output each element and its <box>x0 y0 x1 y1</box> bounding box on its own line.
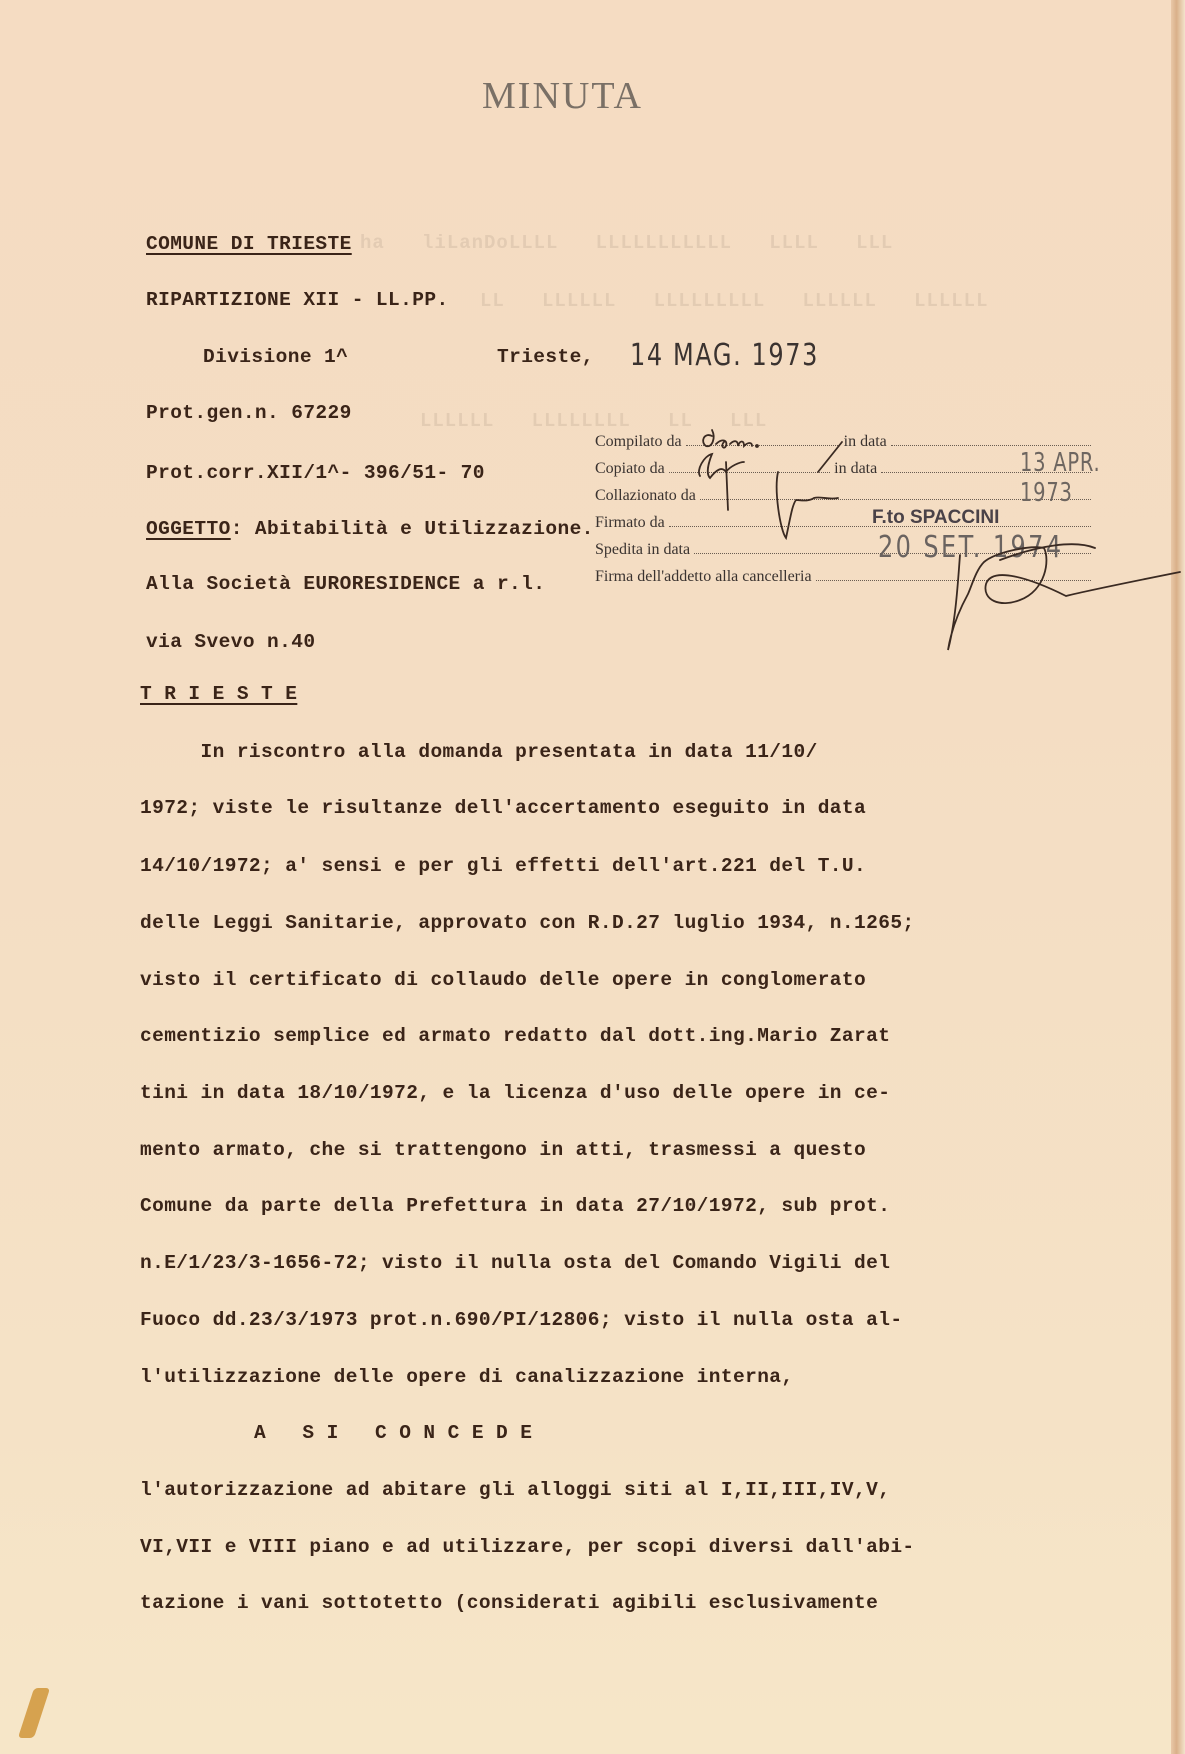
body-line: 1972; viste le risultanze dell'accertame… <box>140 797 866 819</box>
bleed-through-text: ha liLanDoLLLL LLLLLLLLLLL LLLL LLL <box>360 232 893 254</box>
date-stamp: 14 MAG. 1973 <box>630 338 819 373</box>
grant-line: VI,VII e VIII piano e ad utilizzare, per… <box>140 1536 915 1558</box>
bleed-through-text: LL LLLLLL LLLLLLLLL LLLLLL LLLLLL <box>480 290 988 312</box>
recipient-line-2: via Svevo n.40 <box>146 631 315 653</box>
place-label: Trieste, <box>497 346 594 368</box>
subject-label: OGGETTO <box>146 518 231 540</box>
subject-text: : Abitabilità e Utilizzazione. <box>231 518 594 540</box>
grant-heading: A S I C O N C E D E <box>254 1422 532 1444</box>
body-line: Comune da parte della Prefettura in data… <box>140 1195 890 1217</box>
municipality-heading: COMUNE DI TRIESTE <box>146 233 352 255</box>
document-page: ha liLanDoLLLL LLLLLLLLLLL LLLL LLL LL L… <box>0 0 1185 1754</box>
recipient-city: T R I E S T E <box>140 683 297 705</box>
body-line: tini in data 18/10/1972, e la licenza d'… <box>140 1082 890 1104</box>
copy-date-stamp: 13 APR. 1973 <box>1020 448 1144 508</box>
signed-by-stamp: F.to SPACCINI <box>872 507 999 529</box>
subject-line: OGGETTO: Abitabilità e Utilizzazione. <box>146 518 594 540</box>
division-line: Divisione 1^ <box>203 346 348 368</box>
prot-corr: Prot.corr.XII/1^- 396/51- 70 <box>146 462 485 484</box>
page-edge <box>1171 0 1185 1754</box>
watermark-stamp: MINUTA <box>482 74 643 118</box>
body-line: In riscontro alla domanda presentata in … <box>140 741 818 763</box>
body-line: mento armato, che si trattengono in atti… <box>140 1139 866 1161</box>
dispatch-date-stamp: 20 SET. 1974 <box>878 530 1064 565</box>
grant-line: tazione i vani sottotetto (considerati a… <box>140 1592 878 1614</box>
body-line: visto il certificato di collaudo delle o… <box>140 969 866 991</box>
body-line: n.E/1/23/3-1656-72; visto il nulla osta … <box>140 1252 890 1274</box>
body-line: cementizio semplice ed armato redatto da… <box>140 1025 890 1047</box>
prot-gen: Prot.gen.n. 67229 <box>146 402 352 424</box>
form-row-firmato: Firmato da <box>595 505 1095 532</box>
body-line: Fuoco dd.23/3/1973 prot.n.690/PI/12806; … <box>140 1309 902 1331</box>
body-line: delle Leggi Sanitarie, approvato con R.D… <box>140 912 915 934</box>
body-line: l'utilizzazione delle opere di canalizza… <box>140 1366 794 1388</box>
recipient-line-1: Alla Società EURORESIDENCE a r.l. <box>146 573 545 595</box>
folded-corner <box>18 1688 50 1738</box>
department-line: RIPARTIZIONE XII - LL.PP. <box>146 289 449 311</box>
body-line: 14/10/1972; a' sensi e per gli effetti d… <box>140 855 866 877</box>
grant-line: l'autorizzazione ad abitare gli alloggi … <box>140 1479 890 1501</box>
form-row-compilato: Compilato da in data <box>595 424 1095 451</box>
